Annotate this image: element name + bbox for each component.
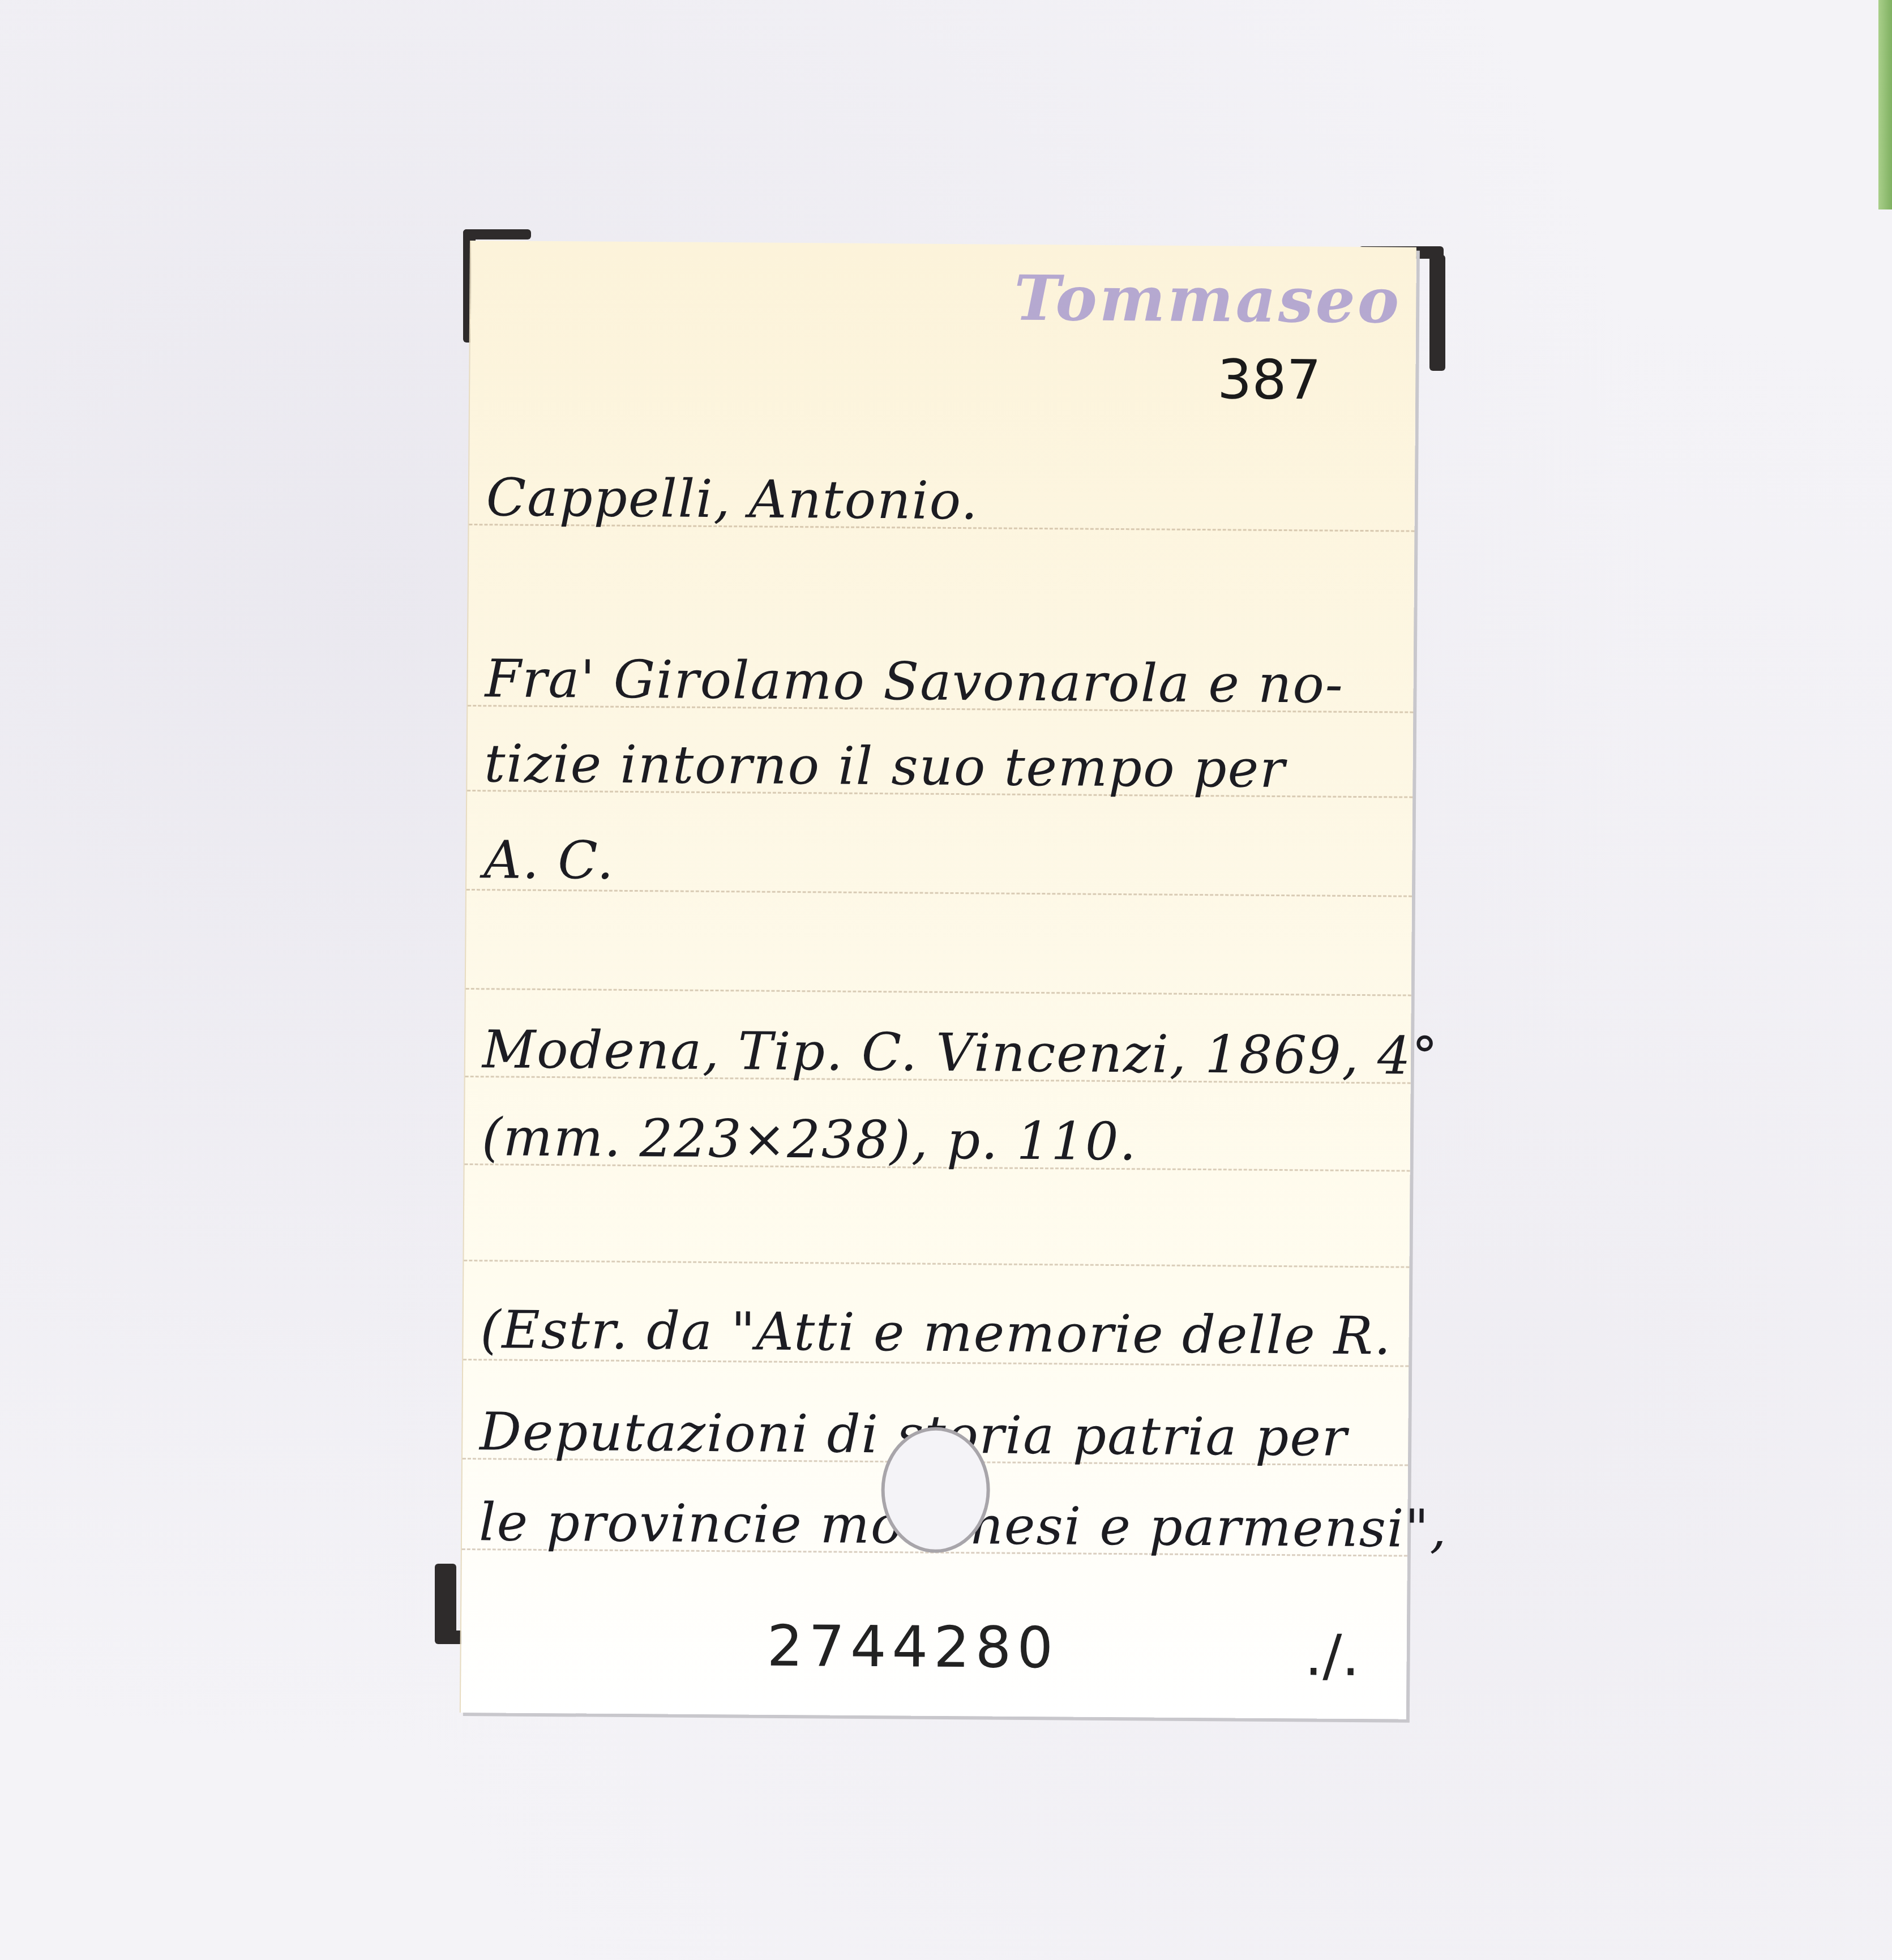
scanner-edge (1878, 0, 1892, 209)
imprint-line: (mm. 223×238), p. 110. (482, 1107, 1137, 1172)
ruled-line (466, 988, 1411, 996)
catalog-card: Tommaseo 387 Cappelli, Antonio. Fra' Gir… (460, 241, 1416, 1719)
title-line: Fra' Girolamo Savonarola e no- (485, 648, 1344, 715)
punch-hole (881, 1427, 991, 1553)
imprint-line: Modena, Tip. C. Vincenzi, 1869, 4° (482, 1019, 1439, 1086)
ruled-line (464, 1260, 1409, 1268)
call-number: 387 (1217, 348, 1321, 412)
library-stamp: Tommaseo (1014, 262, 1402, 337)
corner-clip-top-right (1429, 255, 1445, 371)
note-line: (Estr. da "Atti e memorie delle R. (480, 1299, 1392, 1366)
continuation-mark: ./. (1304, 1622, 1360, 1689)
corner-clip-top-left-arm (463, 229, 531, 239)
title-line: A. C. (483, 829, 615, 891)
author-heading: Cappelli, Antonio. (486, 467, 979, 531)
title-line: tizie intorno il suo tempo per (484, 733, 1286, 799)
inventory-number: 2744280 (767, 1613, 1059, 1681)
